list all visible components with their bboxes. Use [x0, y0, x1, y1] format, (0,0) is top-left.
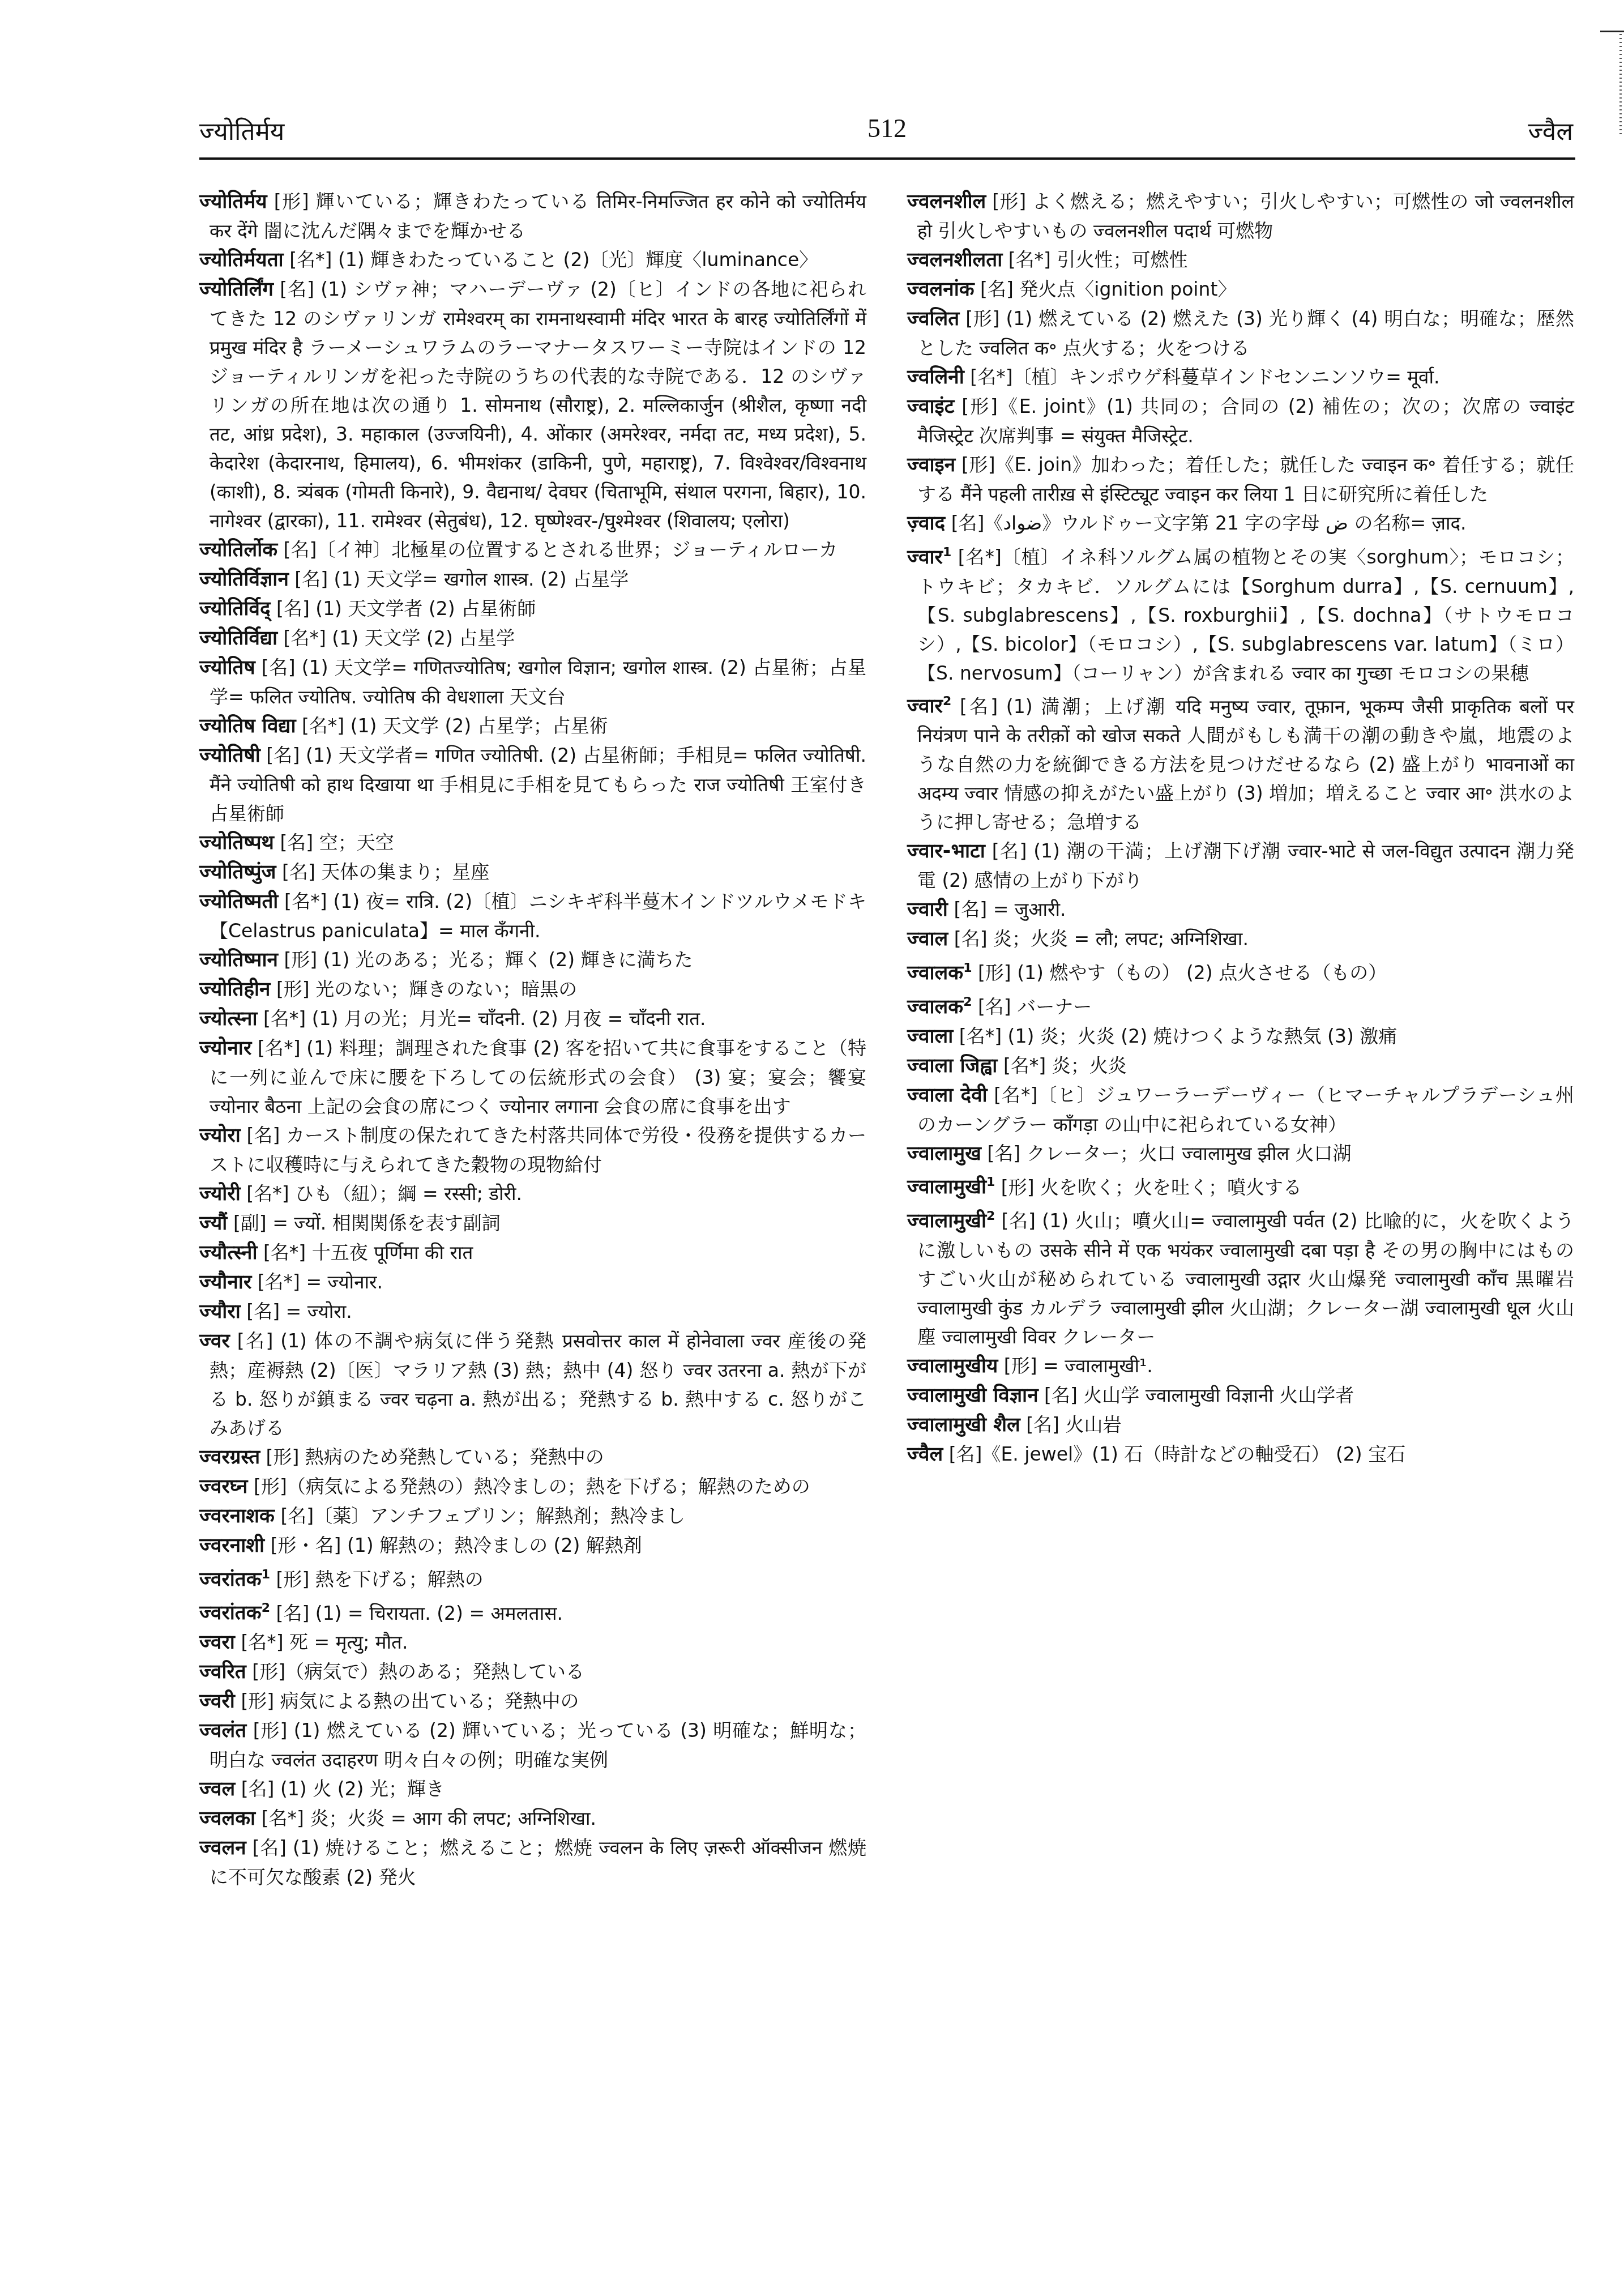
definition: [名] (1) 満潮；上げ潮 यदि मनुष्य ज्वार, तूफ़ान,…	[917, 695, 1574, 833]
headword-text: ज्वरा	[199, 1631, 235, 1654]
headword-text: ज्योतिष्मान	[199, 949, 278, 971]
dictionary-entry: ज्वलिनी [名*]〔植〕キンポウゲ科蔓草インドセンニンソウ= मूर्वा…	[907, 362, 1574, 392]
right-column: ज्वलनशील [形] よく燃える；燃えやすい；引火しやすい；可燃性の जो …	[907, 187, 1574, 1469]
headword: ज्योतिहीन	[199, 978, 270, 1001]
definition: [形] (1) 燃やす（もの） (2) 点火させる（もの）	[978, 962, 1387, 984]
headword: ज्वलिनी	[907, 366, 964, 389]
headword-text: ज्वालामुख	[907, 1142, 981, 1165]
headword-text: ज्वाला	[907, 1025, 953, 1048]
dictionary-entry: ज्योतिहीन [形] 光のない；輝きのない；暗黒の	[199, 975, 866, 1004]
headword: ज्योरी	[199, 1183, 241, 1205]
headword-text: ज्वारी	[907, 898, 948, 921]
definition: [名*] (1) 天文学 (2) 占星学；占星術	[302, 715, 608, 737]
headword-text: ज्योतिषी	[199, 744, 260, 767]
headword: ज्वालामुखी विज्ञान	[907, 1384, 1038, 1407]
headword: ज्वलनशीलता	[907, 249, 1002, 271]
headword-text: ज्वाइन	[907, 454, 955, 476]
dictionary-entry: ज्वालक1 [形] (1) 燃やす（もの） (2) 点火させる（もの）	[907, 954, 1574, 988]
homograph-number: 2	[963, 995, 972, 1009]
homograph-number: 2	[986, 1209, 995, 1223]
headword: ज्योतिर्मयता	[199, 249, 284, 271]
definition: [名]〔イ神〕北極星の位置するとされる世界；ジョーティルローカ	[284, 539, 838, 561]
dictionary-entry: ज्योतिर्मय [形] 輝いている；輝きわたっている तिमिर-निमज…	[199, 187, 866, 245]
definition: [形・名] (1) 解熱の；熱冷ましの (2) 解熱剤	[271, 1534, 642, 1556]
definition: [名*]〔ヒ〕ジュワーラーデーヴィー（ヒマーチャルプラデーシュ州のカーングラー …	[917, 1084, 1574, 1136]
headword-text: ज्योत्स्ना	[199, 1008, 257, 1030]
definition: [名] カースト制度の保たれてきた村落共同体で労役・役務を提供するカーストに収穫…	[210, 1124, 866, 1176]
definition: [形]《E. join》加わった；着任した；就任した ज्वाइन क॰ 着任す…	[917, 454, 1574, 505]
definition: [名*] 炎；火炎 = आग की लपट; अग्निशिखा.	[262, 1807, 596, 1829]
definition: [形] (1) 燃えている (2) 燃えた (3) 光り輝く (4) 明白な；明…	[917, 308, 1574, 359]
headword: ज्योतिर्विद्	[199, 597, 271, 620]
homograph-number: 2	[262, 1602, 270, 1616]
headword-text: ज्वालामुखी विज्ञान	[907, 1384, 1038, 1407]
headword-text: ज्योतिष	[199, 656, 255, 679]
dictionary-entry: ज्वरी [形] 病気による熱の出ている；発熱中の	[199, 1687, 866, 1716]
headword: ज्वाला जिह्वा	[907, 1055, 997, 1077]
headword-text: ज्वाइंट	[907, 395, 954, 418]
headword: ज्वार2	[907, 695, 951, 718]
headword: ज्यौं	[199, 1212, 227, 1235]
definition: [形] 火を吹く；火を吐く；噴火する	[1001, 1176, 1302, 1198]
headword-text: ज़्वाद	[907, 512, 945, 535]
definition: [名*] (1) 輝きわたっていること (2)〔光〕輝度〈luminance〉	[289, 249, 818, 271]
right-guide-word: ज्वैल	[1528, 113, 1573, 147]
dictionary-entry: ज्योतिष्पथ [名] 空；天空	[199, 828, 866, 857]
dictionary-entry: ज्वाला [名*] (1) 炎；火炎 (2) 焼けつくような熱気 (3) 激…	[907, 1022, 1574, 1051]
headword: ज़्वाद	[907, 512, 945, 535]
headword: ज्वैल	[907, 1443, 943, 1466]
headword: ज्वालामुखीय	[907, 1355, 998, 1377]
headword: ज्वाल	[907, 928, 948, 950]
headword-text: ज्वर	[199, 1330, 230, 1352]
headword-text: ज्योतिष विद्या	[199, 715, 296, 737]
headword: ज्वाइंट	[907, 395, 954, 418]
headword: ज्वरित	[199, 1661, 246, 1683]
dictionary-entry: ज्वल [名] (1) 火 (2) 光；輝き	[199, 1774, 866, 1804]
dictionary-entry: ज्वाइन [形]《E. join》加わった；着任した；就任した ज्वाइन…	[907, 450, 1574, 509]
headword-text: ज्वाला देवी	[907, 1084, 988, 1107]
definition: [名*] 死 = मृत्यु; मौत.	[241, 1631, 408, 1653]
headword-text: ज्योरी	[199, 1183, 241, 1205]
definition: [名*]〔植〕イネ科ソルグム属の植物とその実〈sorghum〉；モロコシ；トウキ…	[917, 546, 1574, 684]
headword: ज्वरनाशी	[199, 1534, 264, 1557]
definition: [名] 火山学 ज्वालामुखी विज्ञानी 火山学者	[1044, 1384, 1354, 1406]
headword-text: ज्योतिर्मयता	[199, 249, 284, 271]
headword: ज्वाला देवी	[907, 1084, 988, 1107]
left-guide-word: ज्योतिर्मय	[199, 113, 284, 147]
scan-edge-dots	[1619, 34, 1622, 136]
definition: [名*] ひも（紐）；綱 = रस्सी; डोरी.	[246, 1183, 522, 1205]
headword: ज्वार-भाटा	[907, 840, 985, 863]
dictionary-entry: ज्वरनाशी [形・名] (1) 解熱の；熱冷ましの (2) 解熱剤	[199, 1531, 866, 1560]
homograph-number: 1	[262, 1568, 270, 1582]
headword: ज्वारी	[907, 898, 948, 921]
headword: ज्वलन	[199, 1837, 246, 1859]
definition: [名*] = ज्योनार.	[258, 1271, 383, 1293]
definition: [名] = ज्योरा.	[246, 1300, 352, 1322]
headword-text: ज्वरांतक	[199, 1602, 262, 1624]
headword-text: ज्वलिनी	[907, 366, 964, 389]
headword: ज्वरांतक2	[199, 1602, 270, 1624]
dictionary-entry: ज्यौं [副] = ज्यों. 相関関係を表す副詞	[199, 1209, 866, 1238]
dictionary-entry: ज्योतिष्मती [名*] (1) 夜= रात्रि. (2)〔植〕ニシ…	[199, 887, 866, 945]
headword: ज्योत्स्ना	[199, 1008, 257, 1030]
definition: [形] 光のない；輝きのない；暗黒の	[276, 978, 577, 1000]
dictionary-entry: ज्वाइंट [形]《E. joint》(1) 共同の；合同の (2) 補佐の…	[907, 392, 1574, 450]
headword: ज्वालामुखी1	[907, 1176, 995, 1198]
definition: [形] (1) 燃えている (2) 輝いている；光っている (3) 明確な；鮮明…	[210, 1719, 866, 1771]
headword: ज्वलंत	[199, 1719, 246, 1742]
dictionary-entry: ज्वालामुखी शैल [名] 火山岩	[907, 1410, 1574, 1440]
headword-text: ज्योतिर्विद्	[199, 597, 271, 620]
dictionary-entry: ज्योतिर्लिंग [名] (1) シヴァ神；マハーデーヴァ (2)〔ヒ〕…	[199, 275, 866, 535]
definition: [名] (1) 焼けること；燃えること；燃焼 ज्वलन के लिए ज़रू…	[210, 1837, 866, 1888]
headword-text: ज्वलित	[907, 308, 959, 330]
definition: [名] クレーター；火口 ज्वालामुख झील 火口湖	[987, 1142, 1351, 1164]
page-number: 512	[867, 113, 907, 143]
headword: ज्वलनांक	[907, 278, 975, 301]
definition: [名] 発火点〈ignition point〉	[980, 278, 1236, 300]
dictionary-entry: ज्वालामुखी1 [形] 火を吹く；火を吐く；噴火する	[907, 1168, 1574, 1202]
definition: [名] (1) 天文学= खगोल शास्त्र. (2) 占星学	[294, 568, 629, 590]
headword-text: ज्वरांतक	[199, 1568, 262, 1591]
definition: [形] 病気による熱の出ている；発熱中の	[241, 1690, 579, 1712]
dictionary-entry: ज्वरांतक1 [形] 熱を下げる；解熱の	[199, 1560, 866, 1594]
definition: [名] (1) 体の不調や病気に伴う発熱 प्रसवोत्तर काल में …	[210, 1330, 866, 1439]
dictionary-entry: ज्वार1 [名*]〔植〕イネ科ソルグム属の植物とその実〈sorghum〉；モ…	[907, 538, 1574, 688]
headword: ज्वलनशील	[907, 190, 986, 213]
headword-text: ज्योतिष्मती	[199, 890, 278, 913]
headword-text: ज्वलनांक	[907, 278, 975, 301]
dictionary-entry: ज्योतिर्लोक [名]〔イ神〕北極星の位置するとされる世界；ジョーティル…	[199, 535, 866, 565]
headword-text: ज्वरनाशक	[199, 1505, 275, 1527]
headword: ज्वरनाशक	[199, 1505, 275, 1527]
dictionary-entry: ज्योरी [名*] ひも（紐）；綱 = रस्सी; डोरी.	[199, 1179, 866, 1209]
definition: [名*]〔植〕キンポウゲ科蔓草インドセンニンソウ= मूर्वा.	[970, 366, 1439, 388]
definition: [名] バーナー	[978, 996, 1092, 1018]
headword-text: ज्वाल	[907, 928, 948, 950]
definition: [名*] 十五夜 पूर्णिमा की रात	[263, 1241, 473, 1264]
dictionary-entry: ज्वाल [名] 炎；火炎 = लौ; लपट; अग्निशिखा.	[907, 924, 1574, 954]
running-head: ज्योतिर्मय 512 ज्वैल	[199, 113, 1573, 153]
headword: ज्वाला	[907, 1025, 953, 1048]
dictionary-entry: ज्वारी [名] = जुआरी.	[907, 895, 1574, 924]
headword: ज्वरांतक1	[199, 1568, 270, 1591]
headword-text: ज्वलंत	[199, 1719, 246, 1742]
definition: [形] 熱を下げる；解熱の	[276, 1568, 484, 1590]
dictionary-entry: ज्यौत्स्नी [名*] 十五夜 पूर्णिमा की रात	[199, 1238, 866, 1267]
dictionary-entry: ज्वलनांक [名] 発火点〈ignition point〉	[907, 275, 1574, 304]
dictionary-entry: ज्यौरा [名] = ज्योरा.	[199, 1297, 866, 1326]
headword-text: ज्वार	[907, 695, 943, 718]
headword-text: ज्वालामुखी	[907, 1210, 986, 1232]
headword-text: ज्यौरा	[199, 1300, 241, 1323]
headword: ज्वलित	[907, 308, 959, 330]
definition: [名] 火山岩	[1026, 1414, 1121, 1436]
headword-text: ज्वलनशील	[907, 190, 986, 213]
headword: ज्वल	[199, 1778, 235, 1800]
headword-text: ज्यौनार	[199, 1271, 251, 1294]
definition: [形]（病気で）熱のある；発熱している	[252, 1661, 584, 1683]
definition: [形] (1) 光のある；光る；輝く (2) 輝きに満ちた	[284, 949, 693, 971]
dictionary-entry: ज्वलंत [形] (1) 燃えている (2) 輝いている；光っている (3)…	[199, 1716, 866, 1774]
dictionary-entry: ज्वलन [名] (1) 焼けること；燃えること；燃焼 ज्वलन के लि…	[199, 1833, 866, 1892]
dictionary-entry: ज्योतिष्पुंज [名] 天体の集まり；星座	[199, 857, 866, 887]
definition: [形]（病気による発熱の）熱冷ましの；熱を下げる；解熱のための	[254, 1475, 810, 1497]
headword-text: ज्यौत्स्नी	[199, 1241, 257, 1264]
dictionary-entry: ज्वालामुखी2 [名] (1) 火山；噴火山= ज्वालामुखी प…	[907, 1202, 1574, 1351]
dictionary-entry: ज्वार-भाटा [名] (1) 潮の干満；上げ潮下げ潮 ज्वार-भाट…	[907, 836, 1574, 895]
dictionary-entry: ज्यौनार [名*] = ज्योनार.	[199, 1267, 866, 1297]
headword: ज्योरा	[199, 1124, 241, 1147]
headword: ज्योतिष्मान	[199, 949, 278, 971]
headword: ज्वालामुखी2	[907, 1210, 995, 1232]
headword: ज्वार1	[907, 546, 951, 569]
headword-text: ज्वरित	[199, 1661, 246, 1683]
dictionary-entry: ज्योतिर्विद्या [名*] (1) 天文学 (2) 占星学	[199, 624, 866, 653]
headword: ज्वालक2	[907, 996, 972, 1018]
headword-text: ज्वलन	[199, 1837, 246, 1859]
dictionary-entry: ज्योतिर्विज्ञान [名] (1) 天文学= खगोल शास्त्…	[199, 565, 866, 594]
scan-edge-mark	[1600, 31, 1624, 32]
headword-text: ज्वैल	[907, 1443, 943, 1466]
dictionary-entry: ज्वैल [名]《E. jewel》(1) 石（時計などの軸受石） (2) 宝…	[907, 1440, 1574, 1469]
headword: ज्वरघ्न	[199, 1475, 248, 1498]
headword: ज्योतिर्विद्या	[199, 627, 277, 650]
dictionary-page: ज्योतिर्मय 512 ज्वैल ज्योतिर्मय [形] 輝いてい…	[0, 0, 1624, 2292]
headword: ज्योतिष्पुंज	[199, 861, 276, 883]
headword-text: ज्वरग्रस्त	[199, 1446, 260, 1469]
headword: ज्वरा	[199, 1631, 235, 1654]
definition: [名] (1) 天文学者 (2) 占星術師	[276, 597, 536, 620]
dictionary-entry: ज्वरित [形]（病気で）熱のある；発熱している	[199, 1657, 866, 1687]
dictionary-entry: ज्वालक2 [名] バーナー	[907, 988, 1574, 1022]
dictionary-entry: ज्वाला देवी [名*]〔ヒ〕ジュワーラーデーヴィー（ヒマーチャルプラデ…	[907, 1081, 1574, 1139]
headword-text: ज्योतिर्विद्या	[199, 627, 277, 650]
headword-text: ज्योतिष्पुंज	[199, 861, 276, 883]
definition: [名*] (1) 炎；火炎 (2) 焼けつくような熱気 (3) 激痛	[959, 1025, 1397, 1047]
definition: [名] 空；天空	[280, 831, 394, 853]
dictionary-entry: ज्वरघ्न [形]（病気による発熱の）熱冷ましの；熱を下げる；解熱のための	[199, 1472, 866, 1501]
headword: ज्वरग्रस्त	[199, 1446, 260, 1469]
headword-text: ज्यौं	[199, 1212, 227, 1235]
definition: [名*] 炎；火炎	[1003, 1055, 1127, 1077]
definition: [名]〔薬〕アンチフェブリン；解熱剤；熱冷まし	[280, 1505, 685, 1527]
header-rule	[199, 157, 1575, 160]
definition: [名] = जुआरी.	[954, 898, 1066, 920]
dictionary-entry: ज्वलित [形] (1) 燃えている (2) 燃えた (3) 光り輝く (4…	[907, 304, 1574, 362]
headword: ज्योतिर्लोक	[199, 539, 277, 561]
homograph-number: 1	[986, 1176, 995, 1190]
headword-text: ज्वल	[199, 1778, 235, 1800]
dictionary-entry: ज्योत्स्ना [名*] (1) 月の光；月光= चाँदनी. (2) …	[199, 1004, 866, 1034]
definition: [名*] (1) 天文学 (2) 占星学	[284, 627, 515, 649]
dictionary-entry: ज्योनार [名*] (1) 料理；調理された食事 (2) 客を招いて共に食…	[199, 1034, 866, 1121]
definition: [形] よく燃える；燃えやすい；引火しやすい；可燃性の जो ज्वलनशील …	[917, 190, 1574, 242]
headword-text: ज्वालामुखी शैल	[907, 1414, 1020, 1436]
headword-text: ज्योतिर्मय	[199, 190, 267, 213]
definition: [名*] (1) 料理；調理された食事 (2) 客を招いて共に食事をすること（特…	[210, 1037, 866, 1117]
definition: [名*] 引火性；可燃性	[1008, 249, 1188, 271]
dictionary-entry: ज्वार2 [名] (1) 満潮；上げ潮 यदि मनुष्य ज्वार, …	[907, 688, 1574, 837]
headword: ज्यौनार	[199, 1271, 251, 1294]
definition: [名] (1) 天文学= गणितज्योतिष; खगोल विज्ञान; …	[210, 656, 866, 708]
left-column: ज्योतिर्मय [形] 輝いている；輝きわたっている तिमिर-निमज…	[199, 187, 866, 1892]
headword-text: ज्वलका	[199, 1807, 255, 1830]
headword: ज्वलका	[199, 1807, 255, 1830]
homograph-number: 2	[943, 695, 951, 709]
dictionary-entry: ज्वलनशीलता [名*] 引火性；可燃性	[907, 245, 1574, 275]
headword-text: ज्वाला जिह्वा	[907, 1055, 997, 1077]
definition: [形] 熱病のため発熱している；発熱中の	[266, 1446, 604, 1468]
headword: ज्वालामुखी शैल	[907, 1414, 1020, 1436]
dictionary-entry: ज्योतिर्मयता [名*] (1) 輝きわたっていること (2)〔光〕輝…	[199, 245, 866, 275]
headword-text: ज्वलनशीलता	[907, 249, 1002, 271]
dictionary-entry: ज्वरनाशक [名]〔薬〕アンチフェブリン；解熱剤；熱冷まし	[199, 1501, 866, 1531]
headword-text: ज्योतिष्पथ	[199, 831, 274, 854]
dictionary-entry: ज्योतिष विद्या [名*] (1) 天文学 (2) 占星学；占星術	[199, 711, 866, 741]
headword: ज्वर	[199, 1330, 230, 1352]
definition: [形] = ज्वालामुखी¹.	[1004, 1355, 1153, 1377]
headword: ज्योतिर्लिंग	[199, 278, 273, 301]
dictionary-entry: ज्योरा [名] カースト制度の保たれてきた村落共同体で労役・役務を提供する…	[199, 1121, 866, 1179]
dictionary-entry: ज्वलनशील [形] よく燃える；燃えやすい；引火しやすい；可燃性の जो …	[907, 187, 1574, 245]
homograph-number: 1	[943, 545, 951, 560]
dictionary-entry: ज्वाला जिह्वा [名*] 炎；火炎	[907, 1051, 1574, 1081]
headword: ज्वरी	[199, 1690, 235, 1713]
headword-text: ज्वालक	[907, 996, 963, 1018]
headword: ज्योतिर्विज्ञान	[199, 568, 289, 591]
dictionary-entry: ज्योतिषी [名] (1) 天文学者= गणित ज्योतिषी. (2…	[199, 741, 866, 828]
definition: [名] (1) 火 (2) 光；輝き	[241, 1778, 445, 1800]
dictionary-entry: ज्वर [名] (1) 体の不調や病気に伴う発熱 प्रसवोत्तर काल…	[199, 1326, 866, 1442]
headword: ज्योतिष्पथ	[199, 831, 274, 854]
definition: [名*] (1) 夜= रात्रि. (2)〔植〕ニシキギ科半蔓木インドツルウ…	[210, 890, 866, 942]
headword-text: ज्वालामुखी	[907, 1176, 986, 1198]
dictionary-entry: ज्वालामुख [名] クレーター；火口 ज्वालामुख झील 火口湖	[907, 1139, 1574, 1168]
headword: ज्योतिषी	[199, 744, 260, 767]
definition: [名] (1) 潮の干満；上げ潮下げ潮 ज्वार-भाटे से जल-विद…	[917, 840, 1574, 891]
dictionary-entry: ज्वालामुखी विज्ञान [名] 火山学 ज्वालामुखी वि…	[907, 1381, 1574, 1410]
headword: ज्योतिष विद्या	[199, 715, 296, 737]
definition: [形] 輝いている；輝きわたっている तिमिर-निमज्जित हर कोन…	[210, 190, 866, 242]
dictionary-entry: ज्वालामुखीय [形] = ज्वालामुखी¹.	[907, 1351, 1574, 1381]
headword-text: ज्योतिहीन	[199, 978, 270, 1001]
headword: ज्वाइन	[907, 454, 955, 476]
headword-text: ज्वालक	[907, 962, 963, 984]
definition: [名*] (1) 月の光；月光= चाँदनी. (2) 月夜 = चाँदनी…	[263, 1008, 706, 1030]
headword: ज्वालामुख	[907, 1142, 981, 1165]
definition: [名] 天体の集まり；星座	[282, 861, 489, 883]
headword-text: ज्योतिर्लिंग	[199, 278, 273, 301]
definition: [名] (1) 天文学者= गणित ज्योतिषी. (2) 占星術師；手相…	[210, 744, 866, 825]
headword-text: ज्वार-भाटा	[907, 840, 985, 863]
dictionary-entry: ज्योतिर्विद् [名] (1) 天文学者 (2) 占星術師	[199, 594, 866, 624]
headword: ज्यौत्स्नी	[199, 1241, 257, 1264]
headword-text: ज्योतिर्विज्ञान	[199, 568, 289, 591]
dictionary-entry: ज़्वाद [名]《ضواد》ウルドゥー文字第 21 字の字母 ض の名称= …	[907, 509, 1574, 538]
dictionary-entry: ज्वलका [名*] 炎；火炎 = आग की लपट; अग्निशिखा.	[199, 1804, 866, 1833]
headword-text: ज्वालामुखीय	[907, 1355, 998, 1377]
headword-text: ज्वरनाशी	[199, 1534, 264, 1557]
headword-text: ज्योरा	[199, 1124, 241, 1147]
homograph-number: 1	[963, 961, 972, 975]
headword: ज्वालक1	[907, 962, 972, 984]
headword: ज्यौरा	[199, 1300, 241, 1323]
headword-text: ज्योनार	[199, 1037, 251, 1060]
headword: ज्योतिष्मती	[199, 890, 278, 913]
headword-text: ज्वरी	[199, 1690, 235, 1713]
dictionary-entry: ज्वरा [名*] 死 = मृत्यु; मौत.	[199, 1628, 866, 1657]
definition: [名] 炎；火炎 = लौ; लपट; अग्निशिखा.	[954, 928, 1249, 950]
headword-text: ज्योतिर्लोक	[199, 539, 277, 561]
dictionary-entry: ज्योतिष [名] (1) 天文学= गणितज्योतिष; खगोल व…	[199, 653, 866, 711]
definition: [名] (1) = चिरायता. (2) = अमलतास.	[276, 1602, 563, 1624]
headword: ज्योतिर्मय	[199, 190, 267, 213]
dictionary-entry: ज्योतिष्मान [形] (1) 光のある；光る；輝く (2) 輝きに満ち…	[199, 945, 866, 975]
definition: [形]《E. joint》(1) 共同の；合同の (2) 補佐の；次の；次席の …	[917, 395, 1574, 447]
headword: ज्योनार	[199, 1037, 251, 1060]
definition: [名]《E. jewel》(1) 石（時計などの軸受石） (2) 宝石	[949, 1443, 1405, 1465]
headword-text: ज्वार	[907, 546, 943, 569]
definition: [名] (1) シヴァ神；マハーデーヴァ (2)〔ヒ〕インドの各地に祀られてきた…	[210, 278, 866, 532]
headword: ज्योतिष	[199, 656, 255, 679]
dictionary-entry: ज्वरांतक2 [名] (1) = चिरायता. (2) = अमलता…	[199, 1594, 866, 1628]
definition: [副] = ज्यों. 相関関係を表す副詞	[233, 1212, 501, 1234]
definition: [名]《ضواد》ウルドゥー文字第 21 字の字母 ض の名称= ज़ाद.	[951, 512, 1467, 534]
definition: [名] (1) 火山；噴火山= ज्वालामुखी पर्वत (2) 比喩的…	[917, 1210, 1574, 1348]
headword-text: ज्वरघ्न	[199, 1475, 248, 1498]
dictionary-entry: ज्वरग्रस्त [形] 熱病のため発熱している；発熱中の	[199, 1442, 866, 1472]
